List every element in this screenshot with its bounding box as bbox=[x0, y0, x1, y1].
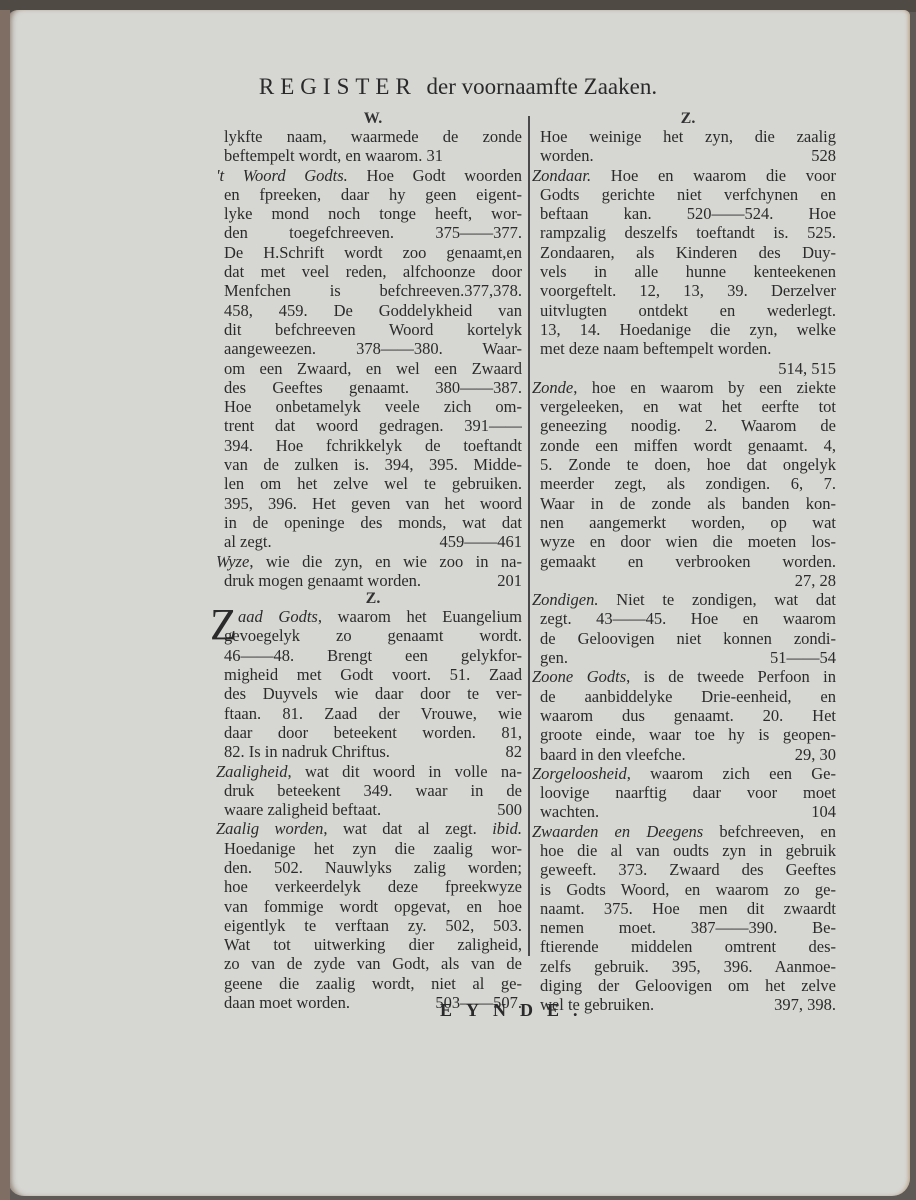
page-ref: 104 bbox=[811, 802, 836, 821]
section-letter-w: W. bbox=[224, 110, 522, 127]
text-line: 5. Zonde te doen, hoe dat ongelyk bbox=[540, 455, 836, 474]
text-line: lyke mond noch tonge heeft, wor- bbox=[224, 204, 522, 223]
text-span: ibid. bbox=[492, 819, 522, 838]
text-line: Zaalig worden, wat dat al zegt. ibid. bbox=[216, 819, 522, 838]
section-letter-z-right: Z. bbox=[540, 110, 836, 127]
text-line: dat met veel reden, alfchoonze door bbox=[224, 262, 522, 281]
page-ref: 459——461 bbox=[440, 532, 523, 551]
text-line: daar door beteekent worden. 81, bbox=[224, 723, 522, 742]
text-line: geneezing noodig. 2. Waarom de bbox=[540, 416, 836, 435]
text-line: waarom dus genaamt. 20. Het bbox=[540, 706, 836, 725]
text-line: gemaakt en verbrooken worden. bbox=[540, 552, 836, 571]
text-line: om een Zwaard, en wel een Zwaard bbox=[224, 359, 522, 378]
text-line: worden.528 bbox=[540, 146, 836, 165]
text-span: , hoe en waarom by een ziekte bbox=[573, 378, 836, 397]
text-line: ftierende middelen omtrent des- bbox=[540, 937, 836, 956]
page-ref: 528 bbox=[811, 146, 836, 165]
text-line: dit befchreeven Woord kortelyk bbox=[224, 320, 522, 339]
page-ref: 27, 28 bbox=[540, 571, 836, 590]
entry-woord-godts: 't Woord Godts. Hoe Godt woorden en fpre… bbox=[224, 166, 522, 552]
page-title: REGISTER der voornaamfte Zaaken. bbox=[0, 74, 916, 100]
page-ref: 201 bbox=[497, 571, 522, 590]
text-line: eigentlyk te verftaan zy. 502, 503. bbox=[224, 916, 522, 935]
text-span: 82. Is in nadruk Chriftus. bbox=[224, 742, 390, 761]
page-ref: 82 bbox=[506, 742, 523, 761]
text-line: Zaaligheid, wat dit woord in volle na- bbox=[216, 762, 522, 781]
entry-wyze: Wyze, wie die zyn, en wie zoo in na- dru… bbox=[224, 552, 522, 591]
text-line: nen aangemerkt worden, op wat bbox=[540, 513, 836, 532]
text-line: Zorgeloosheid, waarom zich een Ge- bbox=[532, 764, 836, 783]
lemma: Zorgeloosheid bbox=[532, 764, 627, 783]
text-span: Hoe en waarom die voor bbox=[591, 166, 836, 185]
text-line: wachten.104 bbox=[540, 802, 836, 821]
entry-zonde: Zonde, hoe en waarom by een ziekte verge… bbox=[540, 378, 836, 590]
text-span: , is de tweede Perfoon in bbox=[626, 667, 836, 686]
title-subtitle: der voornaamfte Zaaken. bbox=[427, 74, 658, 99]
entry-zwaarden-en-deegens: Zwaarden en Deegens befchreeven, en hoe … bbox=[540, 822, 836, 1015]
text-line: gen.51——54 bbox=[540, 648, 836, 667]
entry-zaaligheid: Zaaligheid, wat dit woord in volle na- d… bbox=[224, 762, 522, 820]
entry-zaad-godts: Z aad Godts, waarom het Euangelium gevoe… bbox=[224, 607, 522, 761]
text-line: Zondaaren, als Kinderen des Duy- bbox=[540, 243, 836, 262]
text-span: al zegt. bbox=[224, 532, 272, 551]
text-span: Niet te zondigen, wat dat bbox=[598, 590, 836, 609]
right-column: Z. Hoe weinige het zyn, die zaalig worde… bbox=[540, 110, 836, 1015]
text-line: des Geeftes genaamt. 380——387. bbox=[224, 378, 522, 397]
text-line: migheid met Godt voort. 51. Zaad bbox=[224, 665, 522, 684]
section-letter-z: Z. bbox=[224, 590, 522, 607]
text-line: De H.Schrift wordt zoo genaamt,en bbox=[224, 243, 522, 262]
text-line: vels in alle hunne kenteekenen bbox=[540, 262, 836, 281]
text-line: meerder zegt, als zondigen. 6, 7. bbox=[540, 474, 836, 493]
entry-continuation-z: Hoe weinige het zyn, die zaalig worden.5… bbox=[540, 127, 836, 166]
text-line: trent dat woord gedragen. 391—— bbox=[224, 416, 522, 435]
text-span: worden. bbox=[540, 146, 594, 165]
text-line: Zondaar. Hoe en waarom die voor bbox=[532, 166, 836, 185]
text-line: nemen moet. 387——390. Be- bbox=[540, 918, 836, 937]
book-spine-edge bbox=[0, 10, 10, 1200]
text-line: geweeft. 373. Zwaard des Geeftes bbox=[540, 860, 836, 879]
text-span: befchreeven, en bbox=[703, 822, 836, 841]
text-line: lykfte naam, waarmede de zonde bbox=[224, 127, 522, 146]
text-line: zelfs gebruik. 395, 396. Aanmoe- bbox=[540, 957, 836, 976]
text-span: , waarom zich een Ge- bbox=[627, 764, 836, 783]
text-line: vergeleeken, en wat het eerfte tot bbox=[540, 397, 836, 416]
lemma: Zondaar. bbox=[532, 166, 591, 185]
text-line: Zondigen. Niet te zondigen, wat dat bbox=[532, 590, 836, 609]
lemma: Zoone Godts bbox=[532, 667, 626, 686]
text-line: druk mogen genaamt worden.201 bbox=[224, 571, 522, 590]
page-ref: 397, 398. bbox=[774, 995, 836, 1014]
text-line: waare zaligheid beftaat.500 bbox=[224, 800, 522, 819]
text-line: is Godts Woord, en waarom zo ge- bbox=[540, 880, 836, 899]
lemma: Zonde bbox=[532, 378, 573, 397]
text-line: zonde een miffen wordt genaamt. 4, bbox=[540, 436, 836, 455]
text-line: druk beteekent 349. waar in de bbox=[224, 781, 522, 800]
text-span: , wat dit woord in volle na- bbox=[288, 762, 522, 781]
end-marker: EYNDE. bbox=[440, 1000, 592, 1021]
entry-zoone-godts: Zoone Godts, is de tweede Perfoon in de … bbox=[540, 667, 836, 763]
lemma: Zaaligheid bbox=[216, 762, 288, 781]
text-span: , wie die zyn, en wie zoo in na- bbox=[249, 552, 522, 571]
text-span: baard in den vleefche. bbox=[540, 745, 686, 764]
text-span: , wat dat al zegt. bbox=[323, 819, 476, 838]
entry-zondigen: Zondigen. Niet te zondigen, wat dat zegt… bbox=[540, 590, 836, 667]
text-line: de Geloovigen niet konnen zondi- bbox=[540, 629, 836, 648]
text-line: 394. Hoe fchrikkelyk de toeftandt bbox=[224, 436, 522, 455]
text-line: de aanbiddelyke Drie-eenheid, en bbox=[540, 687, 836, 706]
text-line: uitvlugten ontdekt en wederlegt. bbox=[540, 301, 836, 320]
text-line: den. 502. Nauwlyks zalig worden; bbox=[224, 858, 522, 877]
text-line: groote einde, waar toe hy is geopen- bbox=[540, 725, 836, 744]
text-line: rampzalig deszelfs toeftandt is. 525. bbox=[540, 223, 836, 242]
text-span: wachten. bbox=[540, 802, 599, 821]
text-line: zo van de zyde van Godt, als van de bbox=[224, 954, 522, 973]
entry-zondaar: Zondaar. Hoe en waarom die voor Godts ge… bbox=[540, 166, 836, 378]
text-line: hoe verkeerdelyk deze fpreekwyze bbox=[224, 877, 522, 896]
text-line: Zonde, hoe en waarom by een ziekte bbox=[532, 378, 836, 397]
text-line: in de openinge des monds, wat dat bbox=[224, 513, 522, 532]
lemma: 't Woord Godts. bbox=[216, 166, 348, 185]
text-line: den toegefchreeven. 375——377. bbox=[224, 223, 522, 242]
text-line: beftempelt wordt, en waarom. 31 bbox=[224, 146, 522, 165]
text-line: 395, 396. Het geven van het woord bbox=[224, 494, 522, 513]
text-span: druk mogen genaamt worden. bbox=[224, 571, 421, 590]
text-line: naamt. 375. Hoe men dit zwaardt bbox=[540, 899, 836, 918]
page-ref: 51——54 bbox=[770, 648, 836, 667]
text-line: en fpreeken, daar hy geen eigent- bbox=[224, 185, 522, 204]
text-line: 13, 14. Hoedanige die zyn, welke bbox=[540, 320, 836, 339]
text-line: Menfchen is befchreeven.377,378. bbox=[224, 281, 522, 300]
text-line: hoe die al van oudts zyn in gebruik bbox=[540, 841, 836, 860]
text-line: 't Woord Godts. Hoe Godt woorden bbox=[216, 166, 522, 185]
page-ref: 514, 515 bbox=[540, 359, 836, 378]
left-column: W. lykfte naam, waarmede de zonde beftem… bbox=[224, 110, 522, 1012]
text-line: des Duyvels wie daar door te ver- bbox=[224, 684, 522, 703]
title-register: REGISTER bbox=[259, 74, 417, 99]
text-line: 82. Is in nadruk Chriftus.82 bbox=[224, 742, 522, 761]
text-line: voorgeftelt. 12, 13, 39. Derzelver bbox=[540, 281, 836, 300]
text-line: Wat tot uitwerking dier zaligheid, bbox=[224, 935, 522, 954]
entry-zaalig-worden: Zaalig worden, wat dat al zegt. ibid. Ho… bbox=[224, 819, 522, 1012]
text-span: Hoe Godt woorden bbox=[348, 166, 522, 185]
text-line: van de zulken is. 394, 395. Midde- bbox=[224, 455, 522, 474]
text-line: beftaan kan. 520——524. Hoe bbox=[540, 204, 836, 223]
text-line: al zegt.459——461 bbox=[224, 532, 522, 551]
text-line: met deze naam beftempelt worden. bbox=[540, 339, 836, 358]
text-line: gevoegelyk zo genaamt wordt. bbox=[224, 626, 522, 645]
entry-zorgeloosheid: Zorgeloosheid, waarom zich een Ge- loovi… bbox=[540, 764, 836, 822]
text-line: zegt. 43——45. Hoe en waarom bbox=[540, 609, 836, 628]
text-line: diging der Geloovigen om het zelve bbox=[540, 976, 836, 995]
text-span: daan moet worden. bbox=[224, 993, 350, 1012]
text-line: wyze en door wien die moeten los- bbox=[540, 532, 836, 551]
text-span: , waarom het Euangelium bbox=[318, 607, 522, 626]
text-span: waare zaligheid beftaat. bbox=[224, 800, 381, 819]
page-ref: 500 bbox=[497, 800, 522, 819]
text-line: Hoe onbetamelyk veele zich om- bbox=[224, 397, 522, 416]
page-ref: 29, 30 bbox=[795, 745, 836, 764]
text-line: Godts gerichte niet verfchynen en bbox=[540, 185, 836, 204]
text-line: Zoone Godts, is de tweede Perfoon in bbox=[532, 667, 836, 686]
lemma: Zwaarden en Deegens bbox=[532, 822, 703, 841]
text-line: baard in den vleefche.29, 30 bbox=[540, 745, 836, 764]
text-line: loovige naarftig daar voor moet bbox=[540, 783, 836, 802]
lemma: Zondigen. bbox=[532, 590, 598, 609]
text-line: Hoe weinige het zyn, die zaalig bbox=[540, 127, 836, 146]
text-span: beftempelt wordt, en waarom. 31 bbox=[224, 146, 443, 165]
text-line: Hoedanige het zyn die zaalig wor- bbox=[224, 839, 522, 858]
text-line: geene die zaalig wordt, niet al ge- bbox=[224, 974, 522, 993]
lemma: aad Godts bbox=[238, 607, 318, 626]
text-line: Zwaarden en Deegens befchreeven, en bbox=[532, 822, 836, 841]
text-line: 46——48. Brengt een gelykfor- bbox=[224, 646, 522, 665]
lemma: Wyze bbox=[216, 552, 249, 571]
text-line: aangeweezen. 378——380. Waar- bbox=[224, 339, 522, 358]
entry-continuation-w: lykfte naam, waarmede de zonde beftempel… bbox=[224, 127, 522, 166]
column-divider bbox=[528, 116, 530, 956]
text-line: Waar in de zonde als banden kon- bbox=[540, 494, 836, 513]
lemma: Zaalig worden bbox=[216, 819, 323, 838]
text-line: len om het zelve wel te gebruiken. bbox=[224, 474, 522, 493]
text-line: aad Godts, waarom het Euangelium bbox=[238, 607, 522, 626]
drop-cap: Z bbox=[210, 605, 237, 645]
text-span: gen. bbox=[540, 648, 568, 667]
text-line: Wyze, wie die zyn, en wie zoo in na- bbox=[216, 552, 522, 571]
text-line: van fommige wordt opgevat, en hoe bbox=[224, 897, 522, 916]
text-line: ftaan. 81. Zaad der Vrouwe, wie bbox=[224, 704, 522, 723]
text-line: 458, 459. De Goddelykheid van bbox=[224, 301, 522, 320]
